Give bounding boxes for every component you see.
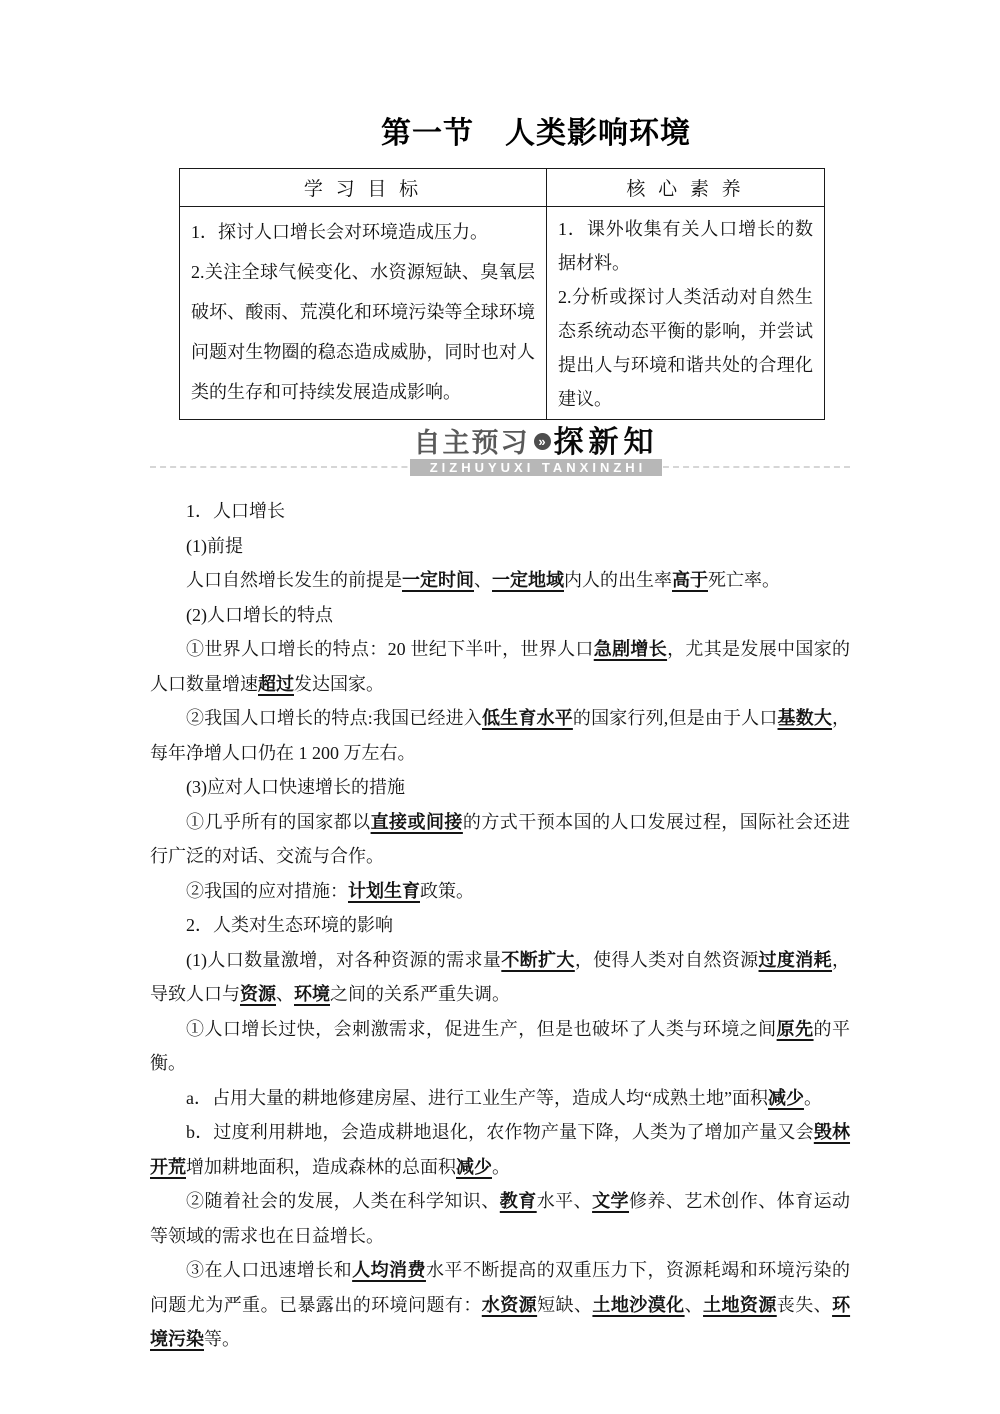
table-header-learning-objectives: 学 习 目 标 (180, 169, 547, 207)
text-run: 发达国家。 (294, 674, 384, 694)
answer-blank: 一定时间 (402, 570, 474, 590)
text-run: 水平、 (537, 1191, 592, 1211)
answer-blank: 计划生育 (348, 881, 420, 901)
competency-cell: 1．课外收集有关人口增长的数据材料。2.分析或探讨人类活动对自然生态系统动态平衡… (547, 207, 825, 420)
banner-subtitle-row: ZIZHUYUXI TANXINZHI (150, 459, 850, 477)
text-run: 丧失、 (777, 1295, 832, 1315)
text-run: 。 (804, 1088, 822, 1108)
objectives-table: 学 习 目 标 核 心 素 养 1．探讨人口增长会对环境造成压力。2.关注全球气… (179, 168, 825, 420)
text-run: (1)人口数量激增，对各种资源的需求量 (186, 950, 501, 970)
answer-blank: 人均消费 (352, 1260, 426, 1280)
text-run: ，使得人类对自然资源 (575, 950, 759, 970)
banner-title: 自主预习»探新知 (186, 427, 886, 459)
text-run: 人口自然增长发生的前提是 (186, 570, 402, 590)
text-run: 、 (276, 984, 294, 1004)
banner-right-label: 探新知 (554, 426, 659, 459)
text-run: 增加耕地面积，造成森林的总面积 (186, 1157, 456, 1177)
objectives-cell: 1．探讨人口增长会对环境造成压力。2.关注全球气候变化、水资源短缺、臭氧层破坏、… (180, 207, 547, 420)
text-run: ②我国人口增长的特点:我国已经进入 (186, 708, 482, 728)
paragraph: 2．人类对生态环境的影响 (150, 908, 850, 943)
answer-blank: 过度消耗 (759, 950, 833, 970)
paragraph: (1)人口数量激增，对各种资源的需求量不断扩大，使得人类对自然资源过度消耗，导致… (150, 943, 850, 1012)
answer-blank: 一定地域 (492, 570, 564, 590)
paragraph: b．过度利用耕地，会造成耕地退化，农作物产量下降，人类为了增加产量又会毁林开荒增… (150, 1115, 850, 1184)
text-run: ①人口增长过快，会刺激需求，促进生产，但是也破坏了人类与环境之间 (186, 1019, 777, 1039)
text-run: 内人的出生率 (564, 570, 672, 590)
text-run: 2．人类对生态环境的影响 (186, 915, 393, 935)
banner-subtitle-bar: ZIZHUYUXI TANXINZHI (410, 459, 663, 476)
text-run: (3)应对人口快速增长的措施 (186, 777, 405, 797)
answer-blank: 教育 (500, 1191, 537, 1211)
paragraph: (2)人口增长的特点 (150, 598, 850, 633)
table-cell-paragraph: 1．探讨人口增长会对环境造成压力。 (191, 212, 535, 252)
banner-left-label: 自主预习 (414, 428, 530, 458)
table-cell-paragraph: 2.分析或探讨人类活动对自然生态系统动态平衡的影响，并尝试提出人与环境和谐共处的… (558, 280, 813, 416)
answer-blank: 环境 (294, 984, 330, 1004)
table-header-row: 学 习 目 标 核 心 素 养 (180, 169, 825, 207)
content-column: 第一节 人类影响环境 学 习 目 标 核 心 素 养 1．探讨人口增长会对环境造… (150, 0, 850, 1357)
text-run: (2)人口增长的特点 (186, 605, 333, 625)
text-run: (1)前提 (186, 536, 243, 556)
text-run: 死亡率。 (708, 570, 780, 590)
answer-blank: 低生育水平 (482, 708, 573, 728)
text-run: ①世界人口增长的特点：20 世纪下半叶，世界人口 (186, 639, 594, 659)
answer-blank: 土地沙漠化 (592, 1295, 684, 1315)
text-run: ①几乎所有的国家都以 (186, 812, 371, 832)
paragraph: ③在人口迅速增长和人均消费水平不断提高的双重压力下，资源耗竭和环境污染的问题尤为… (150, 1253, 850, 1357)
text-run: 、 (685, 1295, 703, 1315)
table-header-core-competencies: 核 心 素 养 (547, 169, 825, 207)
text-run: b．过度利用耕地，会造成耕地退化，农作物产量下降，人类为了增加产量又会 (186, 1122, 814, 1142)
text-run: 之间的关系严重失调。 (330, 984, 510, 1004)
paragraph: ②我国的应对措施：计划生育政策。 (150, 874, 850, 909)
text-run: a．占用大量的耕地修建房屋、进行工业生产等，造成人均“成熟土地”面积 (186, 1088, 768, 1108)
answer-blank: 土地资源 (703, 1295, 777, 1315)
section-banner: 自主预习»探新知 ZIZHUYUXI TANXINZHI (150, 427, 850, 477)
answer-blank: 超过 (258, 674, 294, 694)
text-run: 。 (492, 1157, 510, 1177)
answer-blank: 原先 (777, 1019, 814, 1039)
paragraph: ②随着社会的发展，人类在科学知识、教育水平、文学修养、艺术创作、体育运动等领域的… (150, 1184, 850, 1253)
answer-blank: 不断扩大 (501, 950, 575, 970)
paragraph: 人口自然增长发生的前提是一定时间、一定地域内人的出生率高于死亡率。 (150, 563, 850, 598)
answer-blank: 基数大 (778, 708, 833, 728)
answer-blank: 水资源 (482, 1295, 537, 1315)
text-run: 等。 (204, 1329, 240, 1349)
text-run: ②我国的应对措施： (186, 881, 348, 901)
text-run: ②随着社会的发展，人类在科学知识、 (186, 1191, 500, 1211)
paragraph: (3)应对人口快速增长的措施 (150, 770, 850, 805)
table-body-row: 1．探讨人口增长会对环境造成压力。2.关注全球气候变化、水资源短缺、臭氧层破坏、… (180, 207, 825, 420)
paragraph: 1．人口增长 (150, 494, 850, 529)
paragraph: ①人口增长过快，会刺激需求，促进生产，但是也破坏了人类与环境之间原先的平衡。 (150, 1012, 850, 1081)
table-cell-paragraph: 1．课外收集有关人口增长的数据材料。 (558, 212, 813, 280)
chevron-circle-icon: » (534, 433, 551, 450)
text-run: ③在人口迅速增长和 (186, 1260, 352, 1280)
table-cell-paragraph: 2.关注全球气候变化、水资源短缺、臭氧层破坏、酸雨、荒漠化和环境污染等全球环境问… (191, 252, 535, 412)
page-title: 第一节 人类影响环境 (186, 114, 886, 154)
answer-blank: 文学 (592, 1191, 629, 1211)
paragraph: ①世界人口增长的特点：20 世纪下半叶，世界人口急剧增长，尤其是发展中国家的人口… (150, 632, 850, 701)
text-run: 、 (474, 570, 492, 590)
answer-blank: 减少 (456, 1157, 492, 1177)
page: { "title": "第一节 人类影响环境", "table": { "hea… (0, 0, 1000, 1414)
answer-blank: 高于 (672, 570, 708, 590)
paragraph: ①几乎所有的国家都以直接或间接的方式干预本国的人口发展过程，国际社会还进行广泛的… (150, 805, 850, 874)
text-run: 1．人口增长 (186, 501, 285, 521)
answer-blank: 资源 (240, 984, 276, 1004)
text-run: 政策。 (420, 881, 474, 901)
answer-blank: 直接或间接 (371, 812, 463, 832)
answer-blank: 急剧增长 (594, 639, 667, 659)
content-area: 1．人口增长(1)前提人口自然增长发生的前提是一定时间、一定地域内人的出生率高于… (150, 494, 850, 1357)
text-run: 的国家行列,但是由于人口 (573, 708, 778, 728)
text-run: 短缺、 (537, 1295, 592, 1315)
paragraph: (1)前提 (150, 529, 850, 564)
paragraph: ②我国人口增长的特点:我国已经进入低生育水平的国家行列,但是由于人口基数大，每年… (150, 701, 850, 770)
paragraph: a．占用大量的耕地修建房屋、进行工业生产等，造成人均“成熟土地”面积减少。 (150, 1081, 850, 1116)
answer-blank: 减少 (768, 1088, 804, 1108)
